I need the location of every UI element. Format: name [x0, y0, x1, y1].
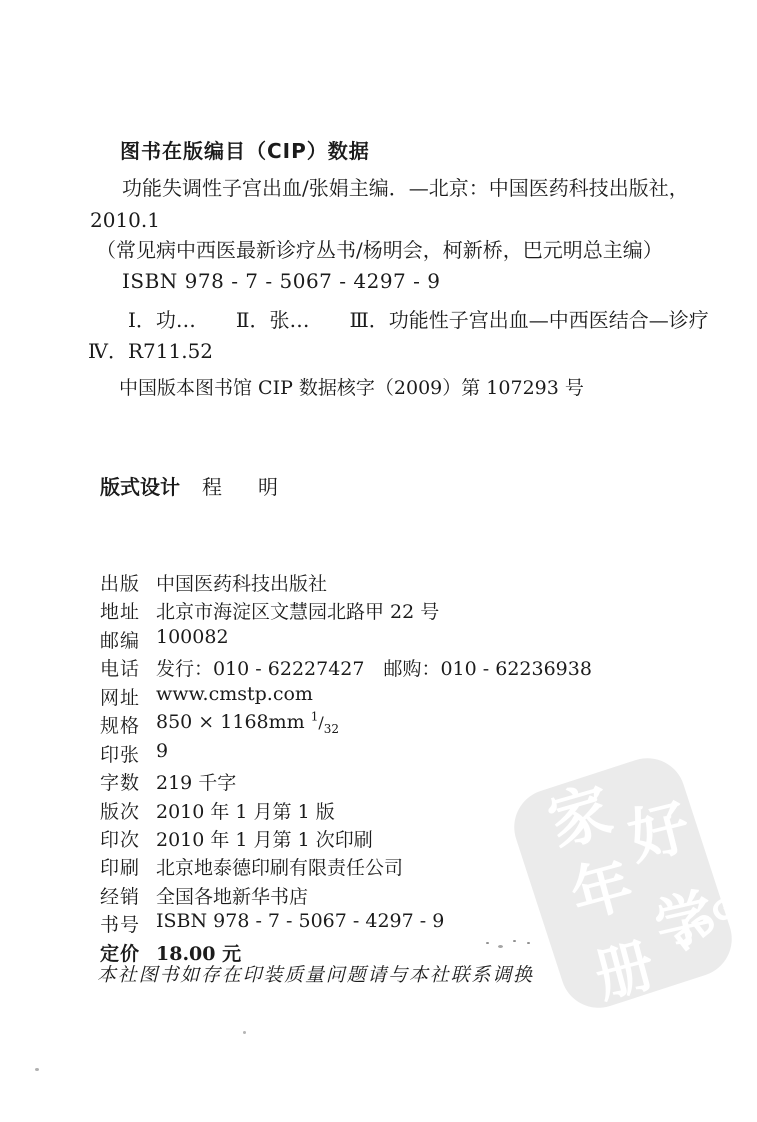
row-value: 100082 [156, 626, 229, 648]
row-value: ISBN 978 - 7 - 5067 - 4297 - 9 [156, 910, 444, 932]
row-label: 字数 [100, 768, 140, 795]
website-row: 网址 www.cmstp.com [100, 683, 592, 711]
printing-run-row: 印次 2010 年 1 月第 1 次印刷 [100, 825, 592, 853]
format-size: 850 × 1168mm [156, 711, 311, 733]
row-value: 9 [156, 740, 168, 762]
scan-speck [243, 1031, 246, 1034]
address-row: 地址 北京市海淀区文慧园北路甲 22 号 [100, 597, 592, 625]
row-value: 18.00 元 [156, 939, 241, 966]
row-value: 850 × 1168mm 1/32 [156, 711, 339, 733]
quality-exchange-note: 本社图书如存在印装质量问题请与本社联系调换 [97, 964, 534, 987]
publication-details: 出版 中国医药科技出版社 地址 北京市海淀区文慧园北路甲 22 号 邮编 100… [100, 569, 592, 967]
cip-title-statement: 功能失调性子宫出血/张娟主编．—北京：中国医药科技出版社， [122, 176, 689, 200]
row-label: 网址 [100, 683, 140, 710]
telephone-row: 电话 发行：010 - 62227427 邮购：010 - 62236938 [100, 654, 592, 682]
layout-design-label: 版式设计 [100, 475, 180, 499]
row-label: 印张 [100, 740, 140, 767]
edition-row: 版次 2010 年 1 月第 1 版 [100, 797, 592, 825]
layout-designer-name: 程 明 [202, 475, 286, 499]
row-value: 全国各地新华书店 [156, 882, 308, 909]
cip-heading: 图书在版编目（CIP）数据 [120, 139, 370, 163]
book-copyright-page: 家 好 年 学 册 PDG 图书在版编目（CIP）数据 功能失调性子宫出血/张娟… [0, 0, 757, 1122]
row-label: 电话 [100, 654, 140, 681]
row-label: 经销 [100, 882, 140, 909]
row-value: 219 千字 [156, 768, 236, 795]
row-value: 北京市海淀区文慧园北路甲 22 号 [156, 597, 439, 624]
cip-publication-year: 2010.1 [90, 208, 160, 232]
row-value: 发行：010 - 62227427 邮购：010 - 62236938 [156, 654, 592, 681]
row-label: 版次 [100, 797, 140, 824]
layout-design-line: 版式设计程 明 [100, 475, 286, 499]
format-fraction-denominator: 32 [324, 722, 339, 736]
printer-row: 印刷 北京地泰德印刷有限责任公司 [100, 853, 592, 881]
postcode-row: 邮编 100082 [100, 626, 592, 654]
publisher-row: 出版 中国医药科技出版社 [100, 569, 592, 597]
format-row: 规格 850 × 1168mm 1/32 [100, 711, 592, 739]
row-label: 书号 [100, 910, 140, 937]
row-value: 2010 年 1 月第 1 次印刷 [156, 825, 373, 852]
row-label: 定价 [100, 939, 140, 966]
distributor-row: 经销 全国各地新华书店 [100, 882, 592, 910]
row-value: www.cmstp.com [156, 683, 313, 705]
cip-isbn: ISBN 978 - 7 - 5067 - 4297 - 9 [122, 269, 440, 293]
cip-classification: Ⅰ．功… Ⅱ．张… Ⅲ．功能性子宫出血—中西医结合—诊疗 [128, 308, 709, 332]
wordcount-row: 字数 219 千字 [100, 768, 592, 796]
isbn-row: 书号 ISBN 978 - 7 - 5067 - 4297 - 9 [100, 910, 592, 938]
row-label: 规格 [100, 711, 140, 738]
row-value: 中国医药科技出版社 [156, 569, 327, 596]
row-label: 印次 [100, 825, 140, 852]
row-label: 出版 [100, 569, 140, 596]
row-value: 2010 年 1 月第 1 版 [156, 797, 335, 824]
scan-speck [35, 1068, 39, 1071]
row-label: 地址 [100, 597, 140, 624]
row-label: 印刷 [100, 853, 140, 880]
cip-series-statement: （常见病中西医最新诊疗丛书/杨明会，柯新桥，巴元明总主编） [96, 238, 663, 262]
price-row: 定价 18.00 元 [100, 939, 592, 967]
cip-registry-number: 中国版本图书馆 CIP 数据核字（2009）第 107293 号 [119, 377, 584, 400]
sheets-row: 印张 9 [100, 740, 592, 768]
row-value: 北京地泰德印刷有限责任公司 [156, 853, 403, 880]
row-label: 邮编 [100, 626, 140, 653]
cip-classification-code: Ⅳ．R711.52 [88, 339, 213, 363]
